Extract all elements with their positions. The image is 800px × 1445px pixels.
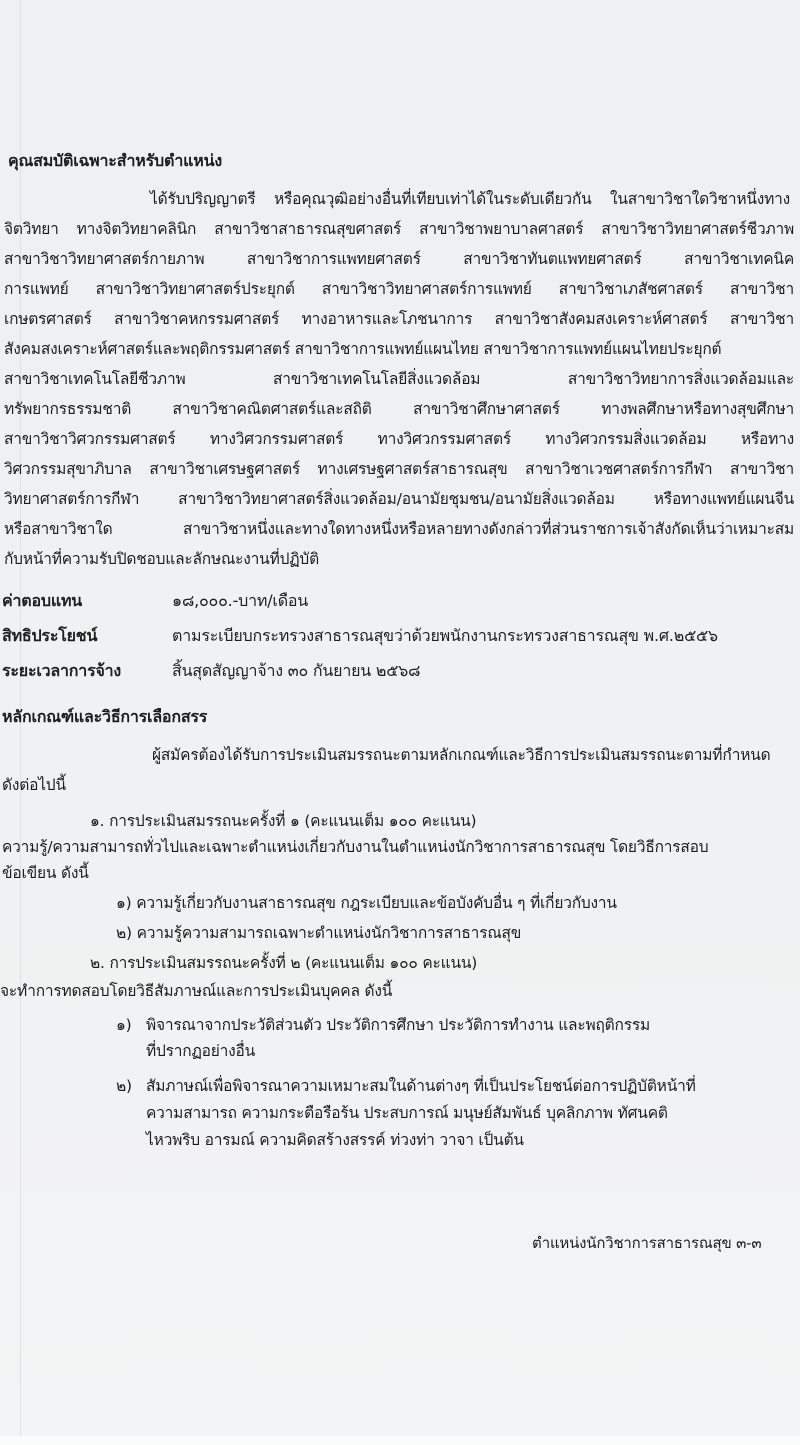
qualifications-heading: คุณสมบัติเฉพาะสำหรับตำแหน่ง [8, 150, 222, 172]
qualifications-line: วิศวกรรมสุขาภิบาล สาขาวิชาเศรษฐศาสตร์ ทา… [4, 458, 794, 480]
selection-intro-cont: ดังต่อไปนี้ [2, 774, 66, 796]
employment-period-value: สิ้นสุดสัญญาจ้าง ๓๐ กันยายน ๒๕๖๘ [172, 660, 420, 682]
qualifications-line: หรือสาขาวิชาใด สาขาวิชาหนึ่งและทางใดทางห… [4, 518, 794, 540]
round2-item-number: ๒) [116, 1075, 132, 1097]
qualifications-line: ทรัพยากรธรรมชาติ สาขาวิชาคณิตศาสตร์และสถ… [4, 398, 794, 420]
benefits-value: ตามระเบียบกระทรวงสาธารณสุขว่าด้วยพนักงาน… [172, 625, 718, 647]
round2-item-text: ไหวพริบ อารมณ์ ความคิดสร้างสรรค์ ท่วงท่า… [146, 1129, 524, 1151]
round2-item-text: สัมภาษณ์เพื่อพิจารณาความเหมาะสมในด้านต่า… [146, 1075, 696, 1097]
qualifications-line: สาขาวิชาวิศวกรรมศาสตร์ ทางวิศวกรรมศาสตร์… [4, 428, 794, 450]
round1-title: ๑. การประเมินสมรรถนะครั้งที่ ๑ (คะแนนเต็… [90, 810, 476, 832]
qualifications-line: จิตวิทยา ทางจิตวิทยาคลินิก สาขาวิชาสาธาร… [4, 218, 794, 240]
qualifications-line: สาขาวิชาเทคโนโลยีชีวภาพ สาขาวิชาเทคโนโลย… [4, 368, 794, 390]
round1-description-cont: ข้อเขียน ดังนี้ [2, 862, 89, 884]
qualifications-line: กับหน้าที่ความรับปิดชอบและลักษณะงานที่ปฏ… [4, 548, 319, 570]
qualifications-line: สาขาวิชาวิทยาศาสตร์กายภาพ สาขาวิชาการแพท… [4, 248, 794, 270]
qualifications-line: การแพทย์ สาขาวิชาวิทยาศาสตร์ประยุกต์ สาข… [4, 278, 794, 300]
selection-intro: ผู้สมัครต้องได้รับการประเมินสมรรถนะตามหล… [152, 744, 770, 766]
qualifications-line: สังคมสงเคราะห์ศาสตร์และพฤติกรรมศาสตร์ สา… [4, 338, 721, 360]
round1-item: ๑) ความรู้เกี่ยวกับงานสาธารณสุข กฎระเบีย… [116, 892, 617, 914]
round2-item-text: ที่ปรากฏอย่างอื่น [146, 1040, 255, 1062]
employment-period-label: ระยะเวลาการจ้าง [2, 660, 121, 682]
footer-position-code: ตำแหน่งนักวิชาการสาธารณสุข ๓-๓ [532, 1232, 761, 1254]
document-page: คุณสมบัติเฉพาะสำหรับตำแหน่ง ได้รับปริญญา… [0, 0, 800, 1445]
round2-title: ๒. การประเมินสมรรถนะครั้งที่ ๒ (คะแนนเต็… [90, 952, 477, 974]
round2-item-text: พิจารณาจากประวัติส่วนตัว ประวัติการศึกษา… [146, 1014, 650, 1036]
benefits-label: สิทธิประโยชน์ [2, 625, 97, 647]
compensation-label: ค่าตอบแทน [2, 590, 82, 612]
qualifications-line: วิทยาศาสตร์การกีฬา สาขาวิชาวิทยาศาสตร์สิ… [4, 488, 794, 510]
round2-item-text: ความสามารถ ความกระตือรือร้น ประสบการณ์ ม… [146, 1102, 668, 1124]
qualifications-line: เกษตรศาสตร์ สาขาวิชาคหกรรมศาสตร์ ทางอาหา… [4, 308, 794, 330]
scan-bottom-edge [0, 1436, 800, 1445]
compensation-value: ๑๘,๐๐๐.-บาท/เดือน [172, 590, 308, 612]
selection-heading: หลักเกณฑ์และวิธีการเลือกสรร [2, 706, 207, 728]
round1-description: ความรู้/ความสามารถทั่วไปและเฉพาะตำแหน่งเ… [2, 836, 708, 858]
qualifications-line: ได้รับปริญญาตรี หรือคุณวุฒิอย่างอื่นที่เ… [150, 188, 790, 210]
round2-item-number: ๑) [116, 1014, 132, 1036]
round2-description: จะทำการทดสอบโดยวิธีสัมภาษณ์และการประเมิน… [0, 980, 392, 1002]
round1-item: ๒) ความรู้ความสามารถเฉพาะตำแหน่งนักวิชาก… [116, 922, 521, 944]
